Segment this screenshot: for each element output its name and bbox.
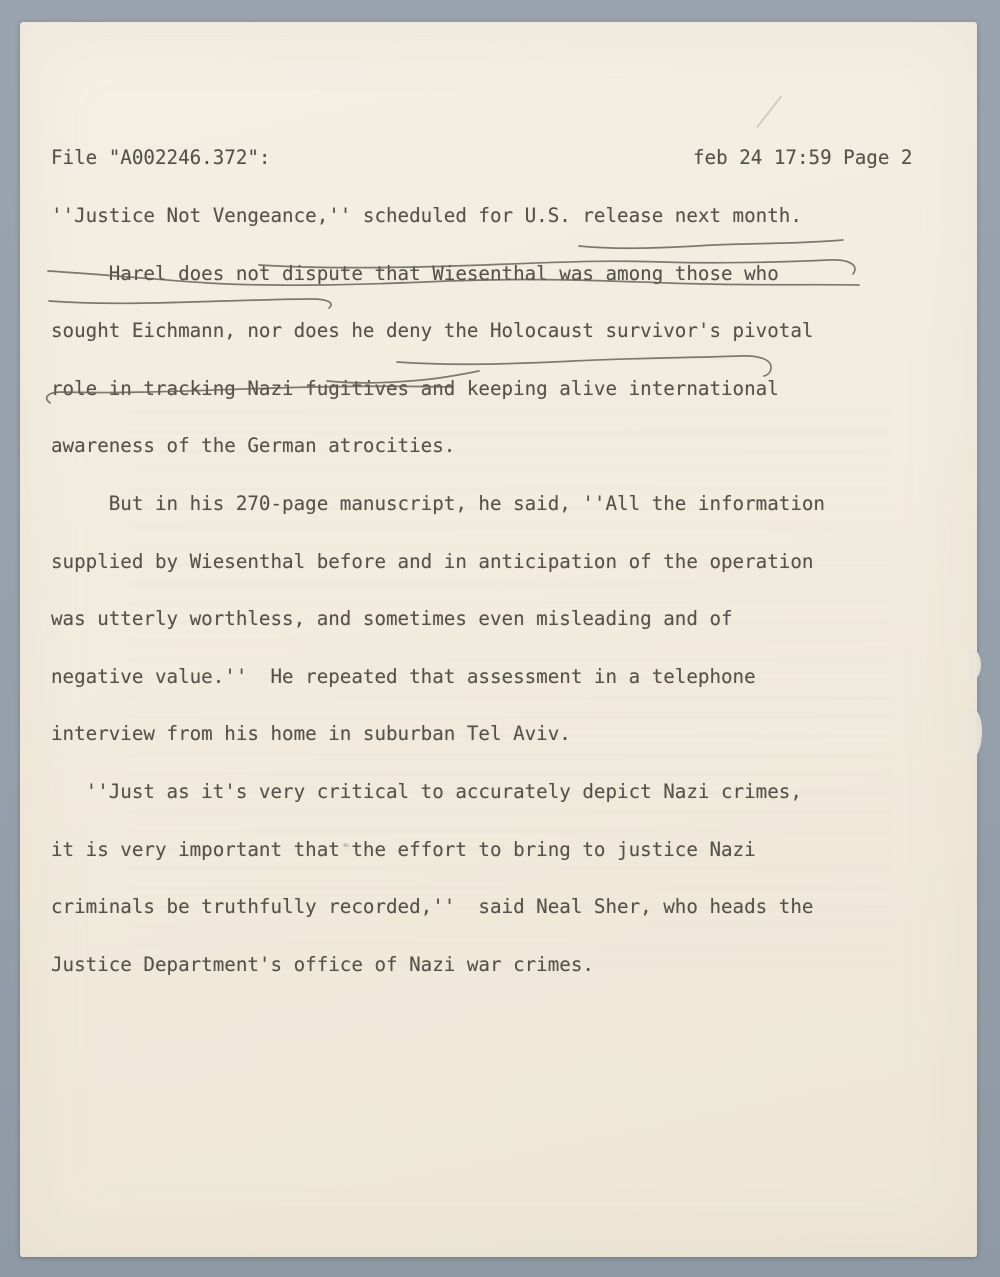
text-line: criminals be truthfully recorded,'' said… [51,897,825,916]
header-file-label: File "A002246.372": [51,146,271,169]
text-line: sought Eichmann, nor does he deny the Ho… [51,321,825,340]
text-line: ''Just as it's very critical to accurate… [51,782,825,801]
torn-edge-upper [969,650,981,680]
text-line: it is very important that the effort to … [51,840,825,859]
text-line: But in his 270-page manuscript, he said,… [51,494,825,513]
text-line: awareness of the German atrocities. [51,436,825,455]
header-datetime-page: feb 24 17:59 Page 2 [693,148,913,167]
text-line: Harel does not dispute that Wiesenthal w… [51,264,825,283]
text-line: supplied by Wiesenthal before and in ant… [51,552,825,571]
torn-edge-lower [968,708,982,758]
text-line: interview from his home in suburban Tel … [51,724,825,743]
typewritten-text: File "A002246.372":feb 24 17:59 Page 2 '… [51,110,825,1013]
text-line: Justice Department's office of Nazi war … [51,955,825,974]
text-line: was utterly worthless, and sometimes eve… [51,609,825,628]
text-line: ''Justice Not Vengeance,'' scheduled for… [51,206,825,225]
document-page: File "A002246.372":feb 24 17:59 Page 2 '… [20,22,977,1257]
text-line: role in tracking Nazi fugitives and keep… [51,379,825,398]
text-line: negative value.'' He repeated that asses… [51,667,825,686]
header-line: File "A002246.372":feb 24 17:59 Page 2 [51,148,825,167]
scan-background: { "colors": { "background": "#96a0ab", "… [0,0,1000,1277]
